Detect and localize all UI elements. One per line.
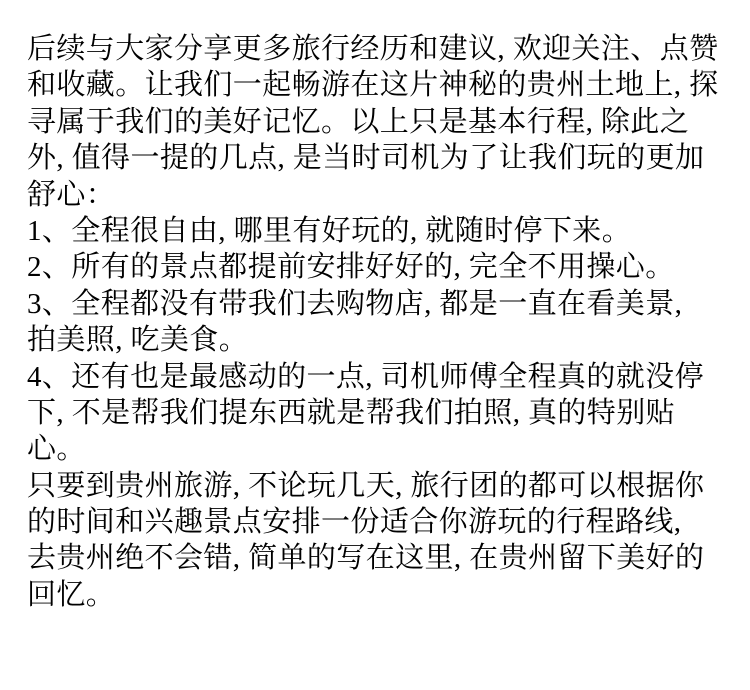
text-line: 4、还有也是最感动的一点, 司机师傅全程真的就没停 <box>27 359 727 395</box>
article-page: 后续与大家分享更多旅行经历和建议, 欢迎关注、点赞和收藏。让我们一起畅游在这片神… <box>0 0 750 690</box>
text-line: 3、全程都没有带我们去购物店, 都是一直在看美景, <box>27 286 727 322</box>
text-line: 心。 <box>27 431 727 467</box>
text-line: 寻属于我们的美好记忆。以上只是基本行程, 除此之 <box>27 104 727 140</box>
text-line: 1、全程很自由, 哪里有好玩的, 就随时停下来。 <box>27 213 727 249</box>
text-line: 2、所有的景点都提前安排好好的, 完全不用操心。 <box>27 249 727 285</box>
text-line: 舒心： <box>27 177 727 213</box>
text-line: 后续与大家分享更多旅行经历和建议, 欢迎关注、点赞 <box>27 31 727 67</box>
text-line: 外, 值得一提的几点, 是当时司机为了让我们玩的更加 <box>27 140 727 176</box>
text-line: 下, 不是帮我们提东西就是帮我们拍照, 真的特别贴 <box>27 395 727 431</box>
text-line: 只要到贵州旅游, 不论玩几天, 旅行团的都可以根据你 <box>27 468 727 504</box>
text-line: 回忆。 <box>27 577 727 613</box>
text-line: 去贵州绝不会错, 简单的写在这里, 在贵州留下美好的 <box>27 540 727 576</box>
text-line: 和收藏。让我们一起畅游在这片神秘的贵州土地上, 探 <box>27 67 727 103</box>
text-line: 拍美照, 吃美食。 <box>27 322 727 358</box>
text-line: 的时间和兴趣景点安排一份适合你游玩的行程路线, <box>27 504 727 540</box>
article-text-block: 后续与大家分享更多旅行经历和建议, 欢迎关注、点赞和收藏。让我们一起畅游在这片神… <box>27 31 727 613</box>
